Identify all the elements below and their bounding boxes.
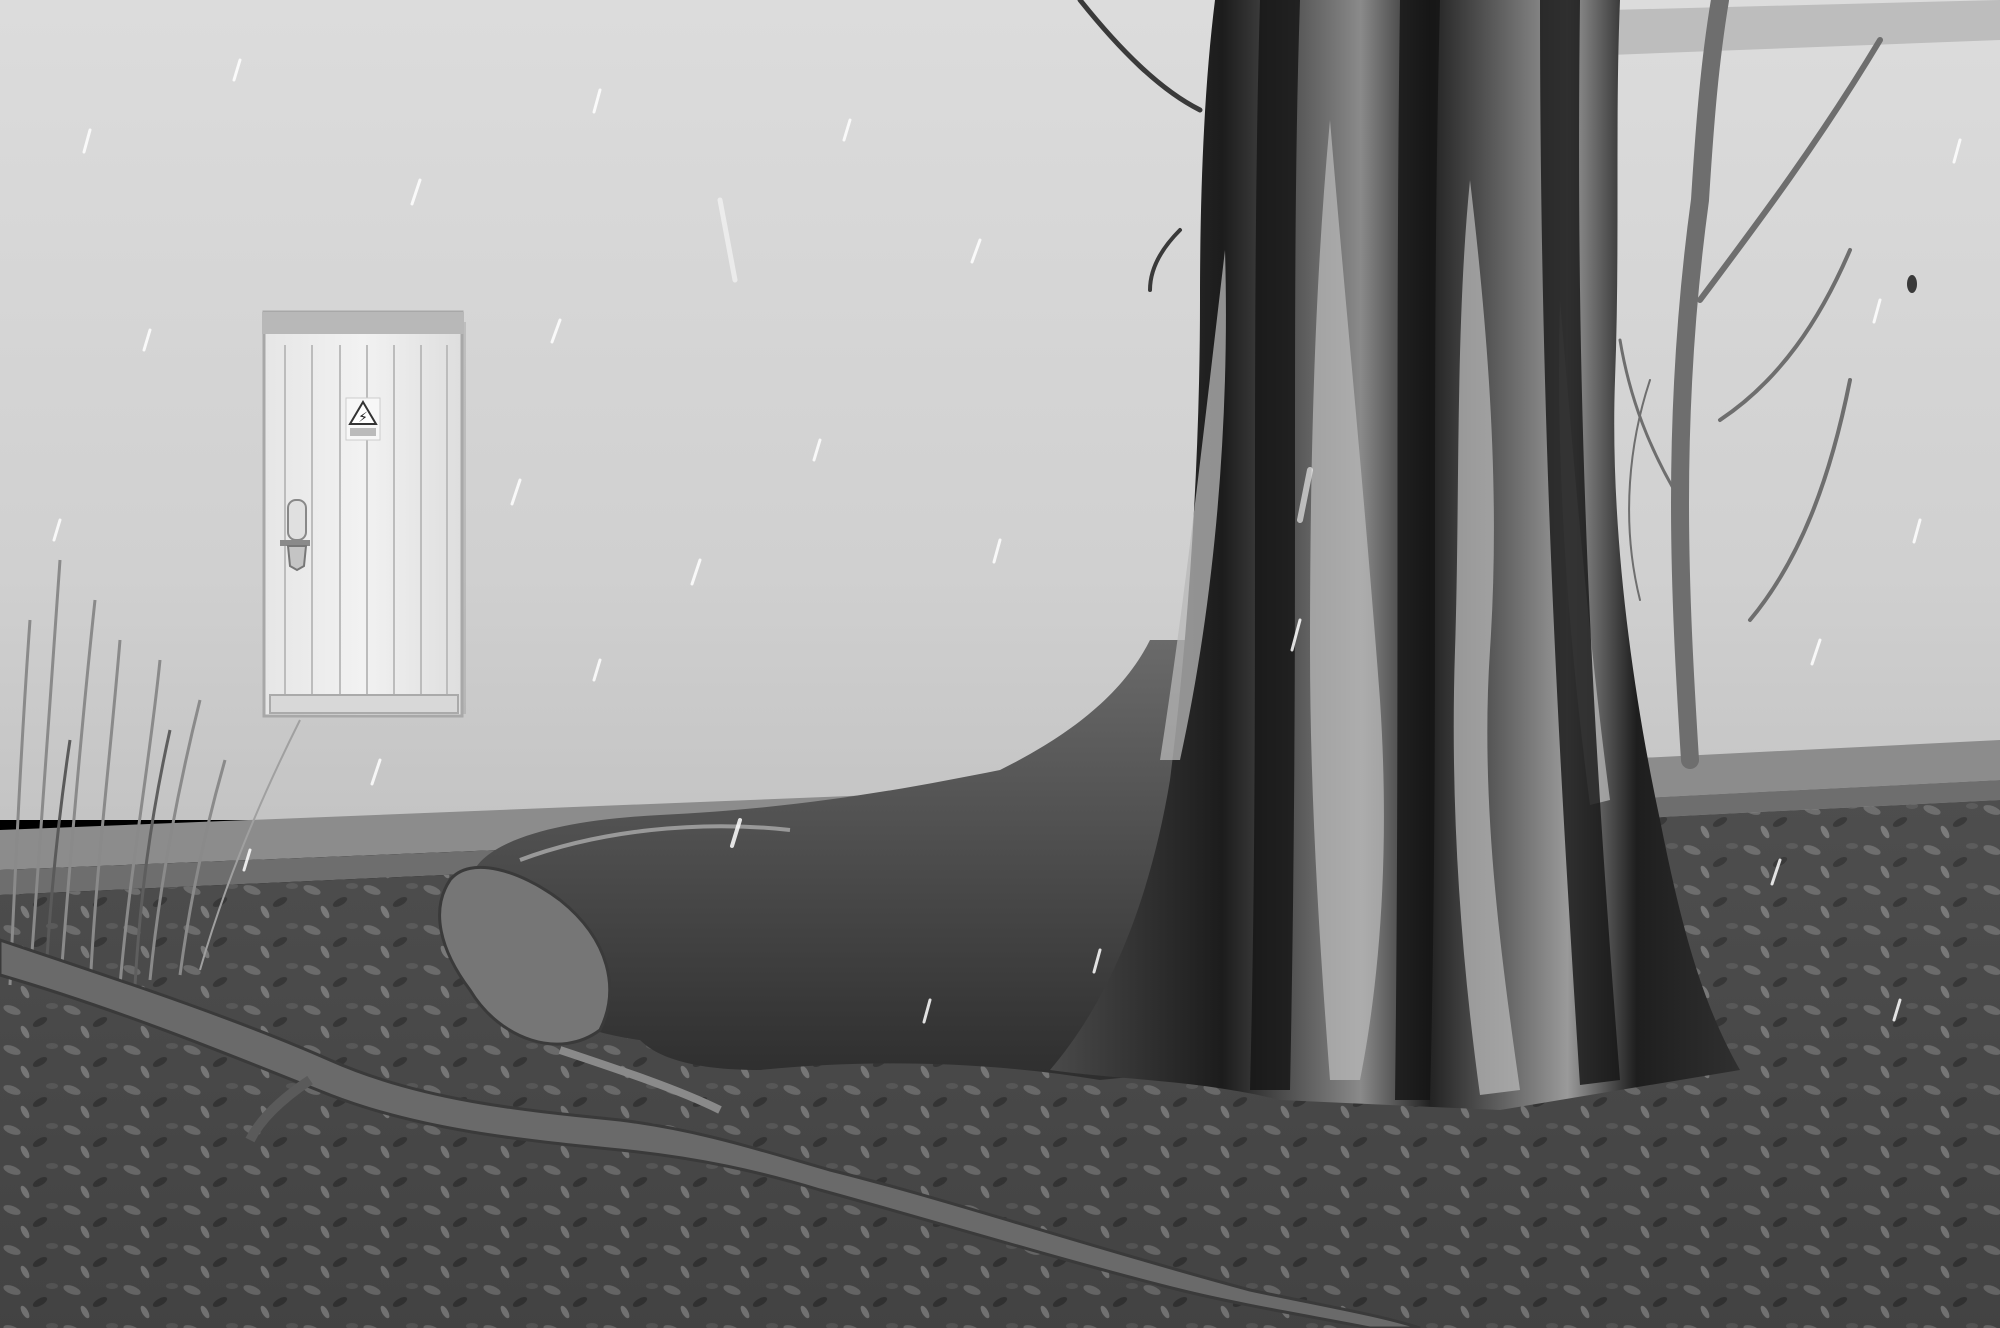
photo-canvas: ⚡ [0, 0, 2000, 1328]
high-voltage-icon: ⚡ [358, 410, 368, 426]
wall-mark [1907, 275, 1917, 293]
electrical-cabinet: ⚡ [262, 312, 466, 716]
photo-scene: Black-and-white photograph of a large mo… [0, 0, 2000, 1328]
warning-sticker: ⚡ [346, 398, 380, 440]
